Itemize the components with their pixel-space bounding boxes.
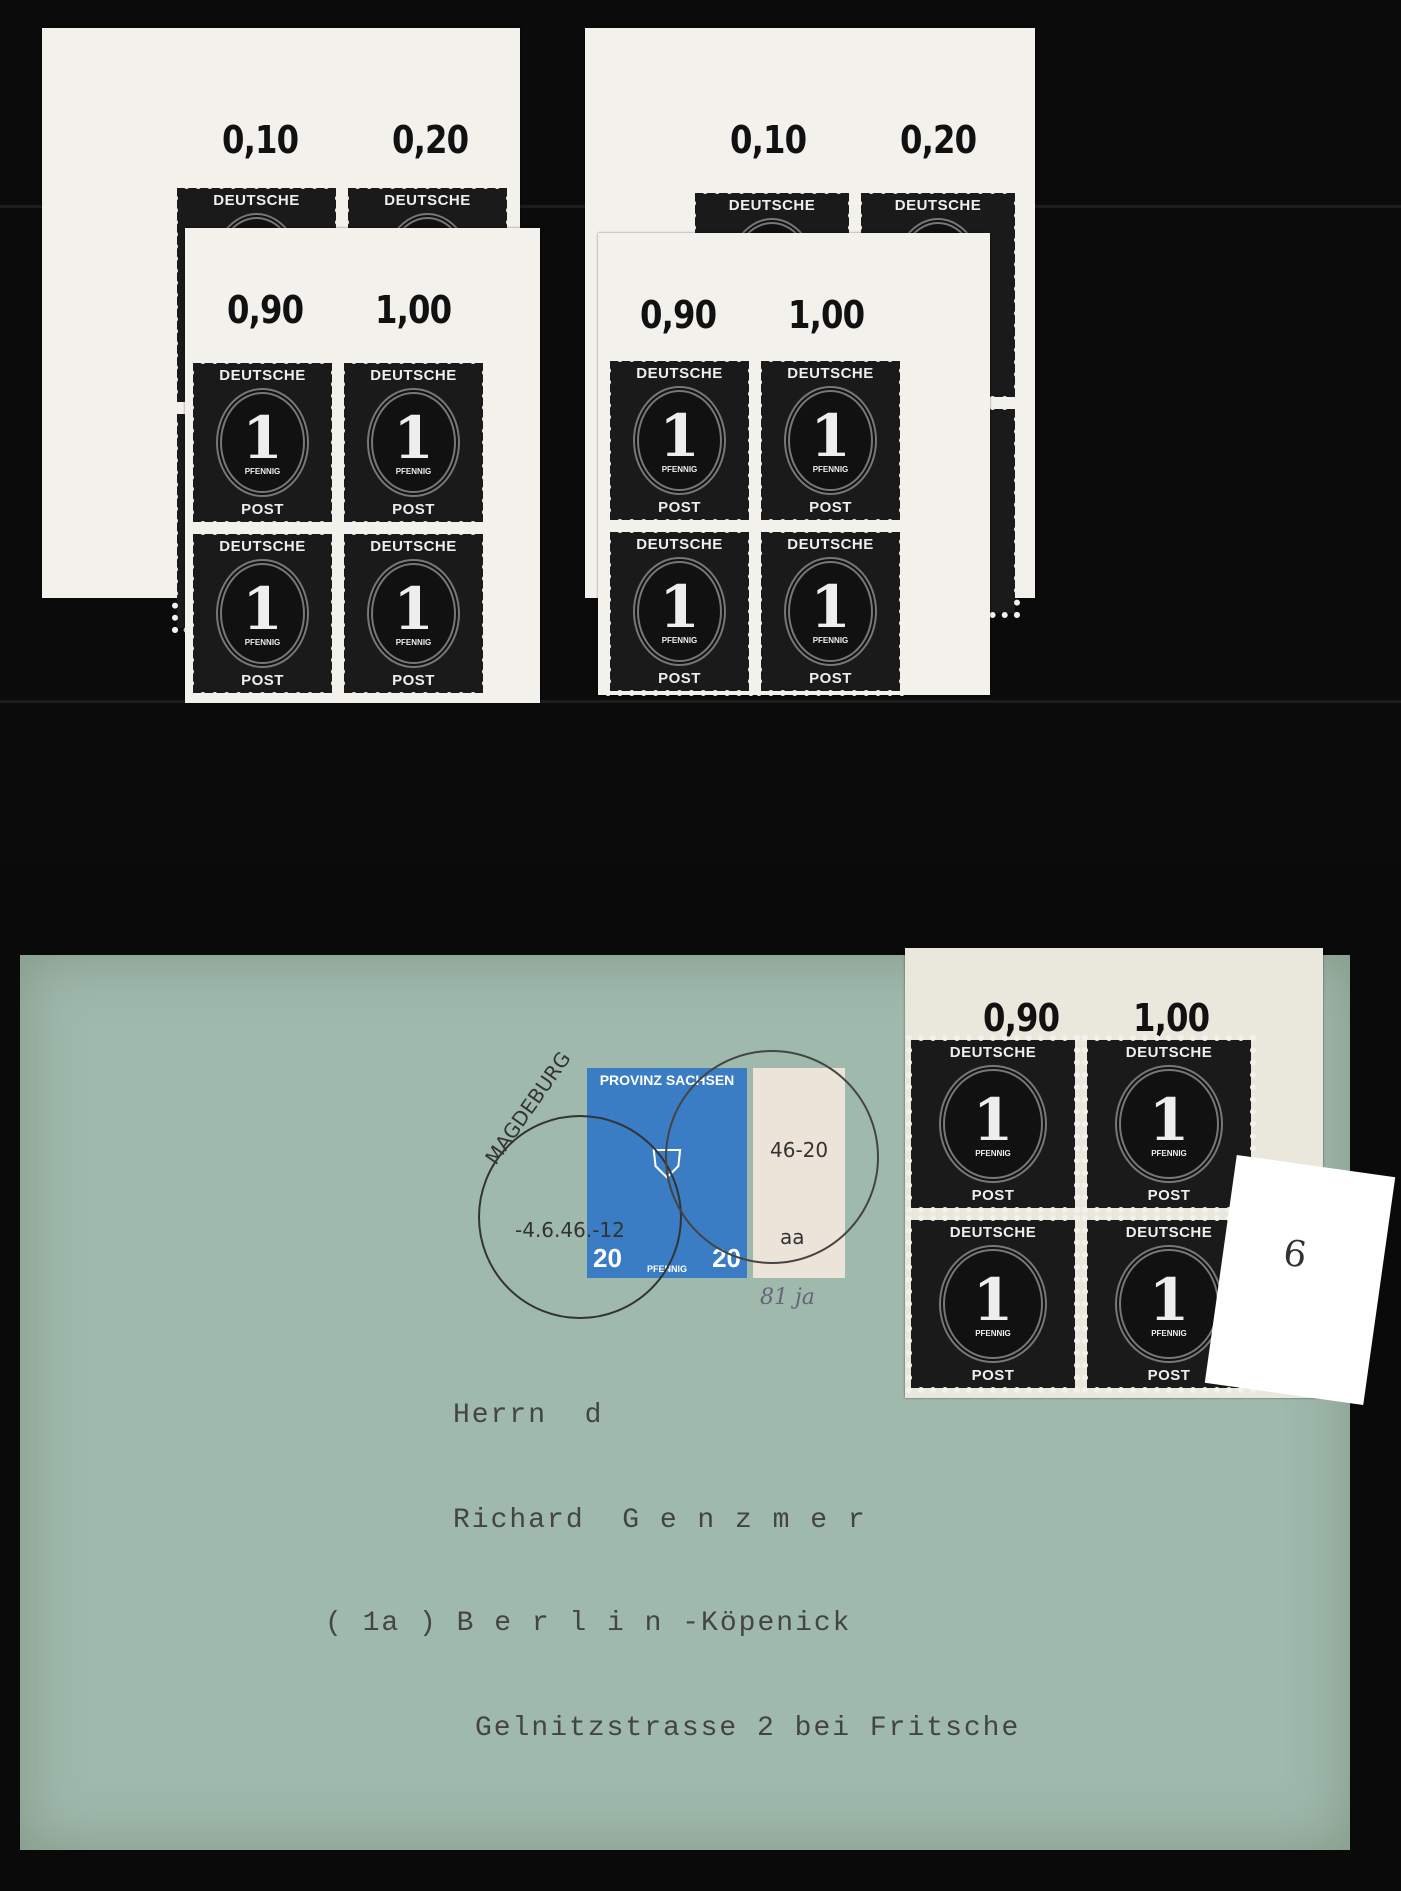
address-line-4: Gelnitzstrasse 2 bei Fritsche [475, 1713, 1020, 1744]
margin-value: 0,20 [900, 118, 976, 162]
margin-value: 0,90 [983, 996, 1059, 1040]
stamp: DEUTSCHE1PFENNIGPOST [761, 532, 900, 691]
stamp: DEUTSCHE1PFENNIGPOST [344, 534, 483, 693]
margin-value: 0,10 [730, 118, 806, 162]
stamp: DEUTSCHE1PFENNIGPOST [193, 363, 332, 522]
stamp: DEUTSCHE1PFENNIGPOST [1087, 1040, 1251, 1208]
postmark-partial-date: 46-20 [770, 1138, 828, 1162]
stamp-sheet-3: 0,90 1,00 DEUTSCHE1PFENNIGPOST DEUTSCHE1… [185, 228, 540, 703]
stamp: DEUTSCHE1PFENNIGPOST [193, 534, 332, 693]
stamp: DEUTSCHE1PFENNIGPOST [344, 363, 483, 522]
margin-value: 0,10 [222, 118, 298, 162]
margin-value: 1,00 [788, 293, 864, 337]
margin-value: 0,90 [640, 293, 716, 337]
stamp-block: DEUTSCHE1PFENNIGPOST DEUTSCHE1PFENNIGPOS… [610, 361, 900, 691]
margin-value: 1,00 [375, 288, 451, 332]
stamp-block: DEUTSCHE1PFENNIGPOST DEUTSCHE1PFENNIGPOS… [193, 363, 483, 693]
stamp: DEUTSCHE1PFENNIGPOST [911, 1040, 1075, 1208]
margin-value: 1,00 [1133, 996, 1209, 1040]
stamp: DEUTSCHE1PFENNIGPOST [610, 361, 749, 520]
address-line-2: Richard G e n z m e r [453, 1505, 867, 1536]
stamp-block: DEUTSCHE1PFENNIGPOST DEUTSCHE1PFENNIGPOS… [911, 1040, 1251, 1388]
address-line-3: ( 1a ) B e r l i n -Köpenick [325, 1608, 851, 1639]
stamp: DEUTSCHE1PFENNIGPOST [911, 1220, 1075, 1388]
margin-value: 0,20 [392, 118, 468, 162]
stamp-sheet-4: 0,90 1,00 DEUTSCHE1PFENNIGPOST DEUTSCHE1… [598, 233, 990, 695]
address-line-1: Herrn d [453, 1400, 603, 1431]
lot-label: 6 [1205, 1155, 1395, 1405]
pencil-note: 81 ja [760, 1285, 815, 1310]
postmark-date: -4.6.46.-12 [515, 1218, 625, 1242]
stamp: DEUTSCHE1PFENNIGPOST [610, 532, 749, 691]
margin-value: 0,90 [227, 288, 303, 332]
stamp: DEUTSCHE1PFENNIGPOST [761, 361, 900, 520]
postmark-suffix: aa [780, 1225, 805, 1249]
